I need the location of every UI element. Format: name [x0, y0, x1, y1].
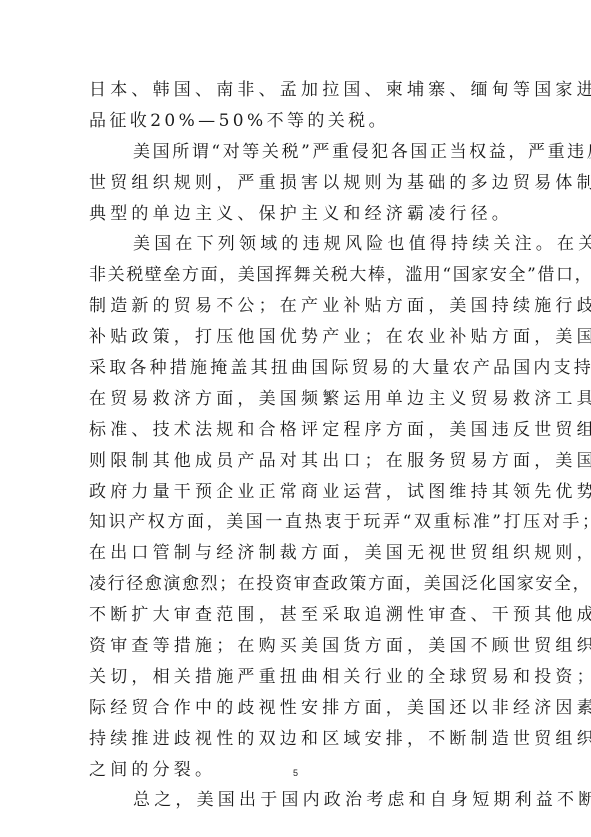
text-line: 在出口管制与经济制裁方面，美国无视世贸组织规则，将霸	[89, 538, 505, 569]
text-line: 采取各种措施掩盖其扭曲国际贸易的大量农产品国内支持；	[89, 353, 505, 384]
page-number: 5	[0, 768, 591, 778]
paragraph-first-line: 总之，美国出于国内政治考虑和自身短期利益不断采取	[89, 785, 505, 816]
text-line: 日本、韩国、南非、孟加拉国、柬埔寨、缅甸等国家进口商	[89, 75, 505, 106]
paragraph-first-line: 美国在下列领域的违规风险也值得持续关注。在关税和	[89, 229, 505, 260]
text-line: 制造新的贸易不公；在产业补贴方面，美国持续施行歧视性	[89, 291, 505, 322]
text-line: 典型的单边主义、保护主义和经济霸凌行径。	[89, 199, 505, 230]
text-line: 品征收20%—50%不等的关税。	[89, 106, 505, 137]
text-line: 关切，相关措施严重扭曲相关行业的全球贸易和投资；在国	[89, 662, 505, 693]
text-line: 补贴政策，打压他国优势产业；在农业补贴方面，美国仍在	[89, 322, 505, 353]
text-line: 际经贸合作中的歧视性安排方面，美国还以非经济因素为由	[89, 693, 505, 724]
text-line: 非关税壁垒方面，美国挥舞关税大棒，滥用“国家安全”借口，	[89, 260, 505, 291]
text-line: 凌行径愈演愈烈；在投资审查政策方面，美国泛化国家安全，	[89, 569, 505, 600]
text-line: 知识产权方面，美国一直热衷于玩弄“双重标准”打压对手；	[89, 507, 505, 538]
text-line: 世贸组织规则，严重损害以规则为基础的多边贸易体制，是	[89, 168, 505, 199]
text-line: 在贸易救济方面，美国频繁运用单边主义贸易救济工具；在	[89, 384, 505, 415]
text-line: 政府力量干预企业正常商业运营，试图维持其领先优势；在	[89, 477, 505, 508]
text-line: 资审查等措施；在购买美国货方面，美国不顾世贸组织成员	[89, 631, 505, 662]
body-text: 日本、韩国、南非、孟加拉国、柬埔寨、缅甸等国家进口商 品征收20%—50%不等的…	[89, 75, 505, 816]
paragraph-first-line: 美国所谓“对等关税”严重侵犯各国正当权益，严重违反	[89, 137, 505, 168]
text-line: 持续推进歧视性的双边和区域安排，不断制造世贸组织成员	[89, 724, 505, 755]
text-line: 则限制其他成员产品对其出口；在服务贸易方面，美国动用	[89, 446, 505, 477]
text-line: 不断扩大审查范围，甚至采取追溯性审查、干预其他成员投	[89, 600, 505, 631]
text-line: 标准、技术法规和合格评定程序方面，美国违反世贸组织规	[89, 415, 505, 446]
document-page: 日本、韩国、南非、孟加拉国、柬埔寨、缅甸等国家进口商 品征收20%—50%不等的…	[0, 0, 591, 837]
